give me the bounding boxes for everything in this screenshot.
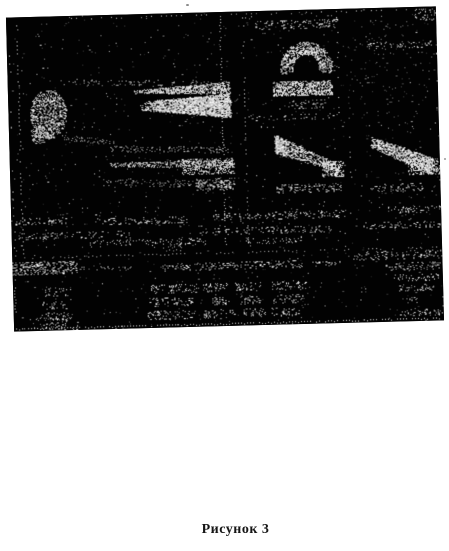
screenshot-noise-canvas (6, 6, 444, 331)
scan-artifact-dot (444, 158, 446, 160)
figure-caption: Рисунок 3 (11, 522, 449, 538)
scan-artifact-dot (186, 4, 189, 6)
figure-screenshot (6, 6, 444, 331)
document-page: Рисунок 3 (0, 0, 449, 551)
